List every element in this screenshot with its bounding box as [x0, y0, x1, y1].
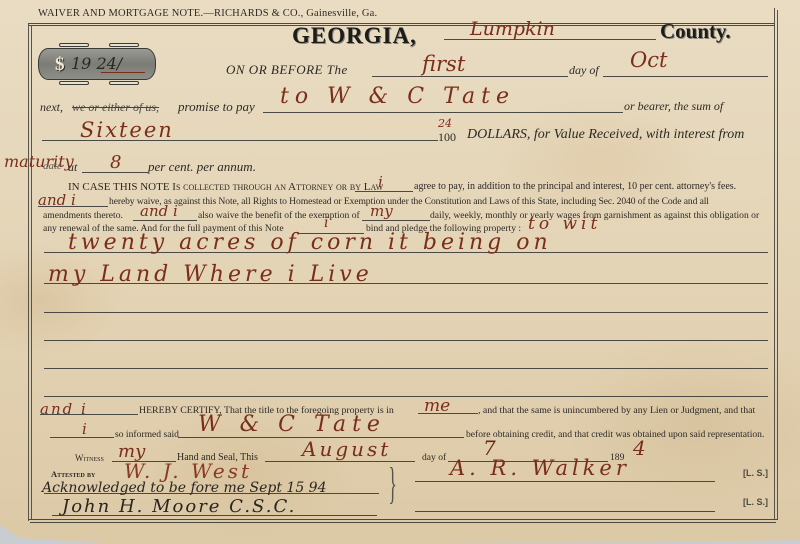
- unincumbered-clause: , and that the same is unincumbered by a…: [478, 405, 755, 416]
- on-or-before-label: ON OR BEFORE The: [226, 62, 348, 78]
- payee-handwritten: to W & C Tate: [280, 84, 515, 109]
- ls-seal-1: [L. S.]: [743, 468, 768, 478]
- county-label: County.: [660, 19, 731, 44]
- frame-bottom-rule: [28, 519, 778, 520]
- month-handwritten: Oct: [630, 48, 667, 72]
- cents-handwritten: 24: [438, 117, 452, 130]
- day-of-label-2: day of: [422, 452, 446, 463]
- mortgage-note-document: WAIVER AND MORTGAGE NOTE.—RICHARDS & CO.…: [0, 0, 800, 544]
- attest-brace: }: [388, 462, 396, 506]
- payee-field-line: [263, 112, 623, 113]
- per-cent-label: per cent. per annum.: [148, 159, 256, 175]
- in-case-clause: IN CASE THIS NOTE Is collected through a…: [68, 181, 383, 193]
- struck-either-of-us: we or either of us,: [72, 100, 159, 115]
- frame-bottom-rule-2: [30, 522, 776, 523]
- badge-scroll-ornament: [109, 81, 139, 85]
- waive-clause: hereby waive, as against this Note, all …: [109, 196, 709, 207]
- clerk-signature-handwritten: John H. Moore C.S.C.: [62, 496, 296, 517]
- dollar-sign-icon: $: [55, 54, 65, 76]
- year-digit-handwritten: 4: [633, 436, 646, 460]
- frame-right-rule-2: [777, 10, 778, 520]
- county-name-handwritten: Lumpkin: [470, 18, 555, 40]
- attested-by-label: Attested by: [51, 469, 95, 479]
- property-line-6: [44, 396, 768, 397]
- also-waive-clause: also waive the benefit of the exemption …: [198, 210, 360, 221]
- interest-from-handwritten: maturity: [4, 152, 74, 171]
- rate-handwritten: 8: [110, 152, 121, 173]
- at-label: at: [68, 160, 77, 175]
- exemption-of-handwritten: my: [370, 202, 393, 220]
- agree-clause: agree to pay, in addition to the princip…: [414, 181, 736, 192]
- informed-subject-handwritten: i: [82, 420, 87, 438]
- day-of-label: day of: [569, 63, 599, 78]
- property-line-5: [44, 368, 768, 369]
- amendments-label: amendments thereto.: [43, 210, 123, 221]
- in-case-text: IN CASE THIS NOTE Is collected through a…: [68, 181, 383, 193]
- printer-imprint: WAIVER AND MORTGAGE NOTE.—RICHARDS & CO.…: [38, 8, 377, 19]
- also-subject-handwritten: and i: [140, 202, 178, 220]
- exemption-of-line: [362, 220, 430, 221]
- hundredths-label: 100: [438, 130, 456, 145]
- acknowledgment-handwritten: Acknowledged to be fore me Sept 15 94: [42, 480, 327, 496]
- note-subject-handwritten: i: [324, 215, 328, 231]
- so-informed-label: so informed said: [115, 429, 179, 440]
- badge-scroll-ornament: [59, 43, 89, 47]
- witness-label: Witness: [75, 453, 104, 463]
- badge-underline: [101, 72, 145, 73]
- amount-badge: $ 19 24/: [38, 48, 156, 80]
- dollars-label: DOLLARS, for Value Received, with intere…: [467, 127, 744, 143]
- waive-subject-line: [38, 206, 108, 207]
- date-struck-label: date: [43, 160, 62, 172]
- attorney-subject-handwritten: i: [378, 173, 383, 191]
- next-label: next,: [40, 100, 63, 115]
- signer-signature-handwritten: A. R. Walker: [450, 456, 630, 480]
- signer-line-1: [415, 481, 715, 482]
- or-bearer-label: or bearer, the sum of: [624, 99, 723, 114]
- certify-subject-line: [40, 414, 138, 415]
- day-handwritten: first: [422, 52, 465, 76]
- day-field-line: [372, 76, 568, 77]
- certify-subject-handwritten: and i: [40, 400, 88, 418]
- frame-right-rule: [774, 8, 775, 520]
- badge-scroll-ornament: [109, 43, 139, 47]
- also-subject-line: [133, 220, 197, 221]
- title-in-handwritten: me: [424, 396, 450, 416]
- property-line-3: [44, 312, 768, 313]
- month-field-line: [603, 76, 768, 77]
- badge-scroll-ornament: [59, 81, 89, 85]
- sum-words-handwritten: Sixteen: [80, 118, 174, 142]
- property-text-line-1: twenty acres of corn it being on: [68, 230, 552, 255]
- frame-left-rule: [28, 23, 29, 521]
- property-text-line-2: my Land Where i Live: [48, 262, 373, 287]
- frame-left-rule-2: [31, 25, 32, 519]
- promise-to-pay-label: promise to pay: [178, 99, 255, 115]
- before-credit-clause: before obtaining credit, and that credit…: [466, 429, 764, 440]
- signer-line-2: [415, 511, 715, 512]
- ls-seal-2: [L. S.]: [743, 497, 768, 507]
- property-line-4: [44, 340, 768, 341]
- state-title: GEORGIA,: [292, 23, 417, 49]
- witness-month-handwritten: August: [302, 437, 391, 461]
- attorney-subject-line: [355, 191, 413, 192]
- informed-party-handwritten: W & C Tate: [198, 412, 386, 437]
- badge-amount: 19 24/: [71, 54, 122, 73]
